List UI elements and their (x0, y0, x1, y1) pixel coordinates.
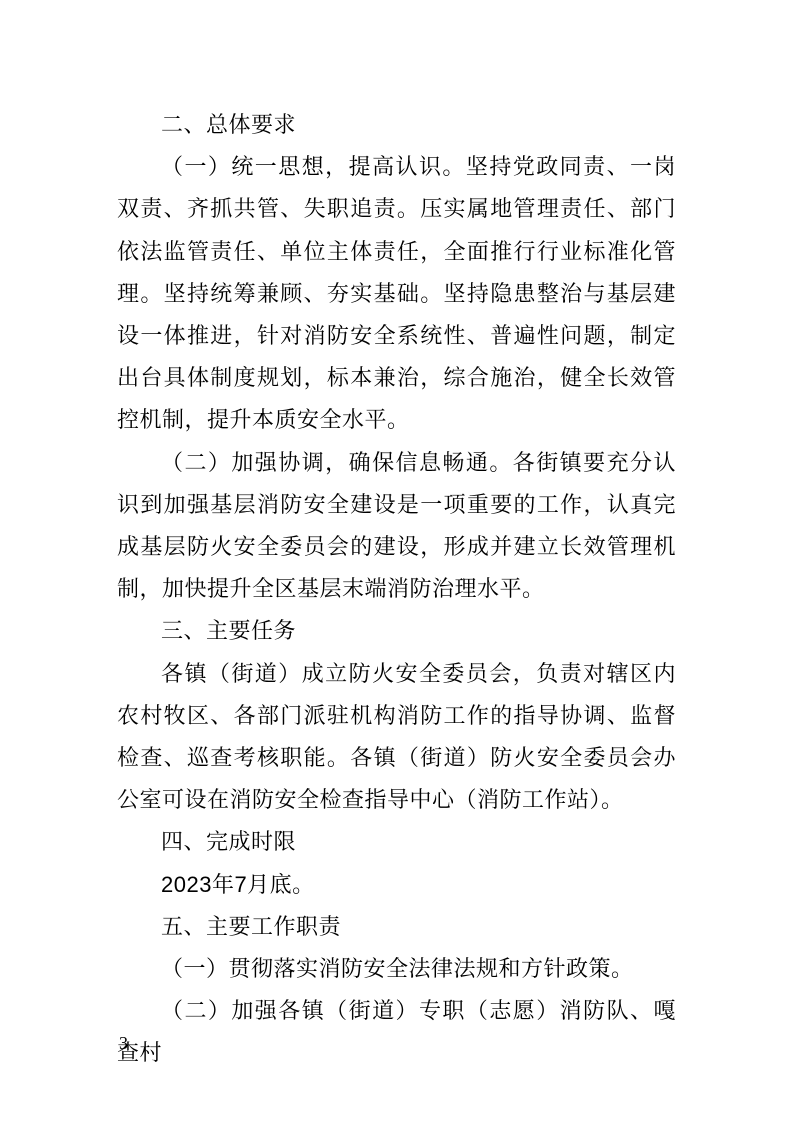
section-heading-4: 四、完成时限 (117, 821, 676, 863)
body-paragraph: 2023年7月底。 (117, 864, 676, 906)
body-paragraph: （一）统一思想，提高认识。坚持党政同责、一岗双责、齐抓共管、失职追责。压实属地管… (117, 146, 676, 441)
section-heading-5: 五、主要工作职责 (117, 906, 676, 948)
body-paragraph: （二）加强协调，确保信息畅通。各街镇要充分认识到加强基层消防安全建设是一项重要的… (117, 442, 676, 611)
document-body: 二、总体要求 （一）统一思想，提高认识。坚持党政同责、一岗双责、齐抓共管、失职追… (117, 104, 676, 1075)
body-paragraph: （二）加强各镇（街道）专职（志愿）消防队、嘎查村 (117, 990, 676, 1074)
section-heading-3: 三、主要任务 (117, 610, 676, 652)
body-paragraph: 各镇（街道）成立防火安全委员会，负责对辖区内农村牧区、各部门派驻机构消防工作的指… (117, 653, 676, 822)
body-paragraph: （一）贯彻落实消防安全法律法规和方针政策。 (117, 948, 676, 990)
page-number: 3 (119, 1032, 128, 1054)
section-heading-2: 二、总体要求 (117, 104, 676, 146)
document-page: 二、总体要求 （一）统一思想，提高认识。坚持党政同责、一岗双责、齐抓共管、失职追… (0, 0, 793, 1122)
